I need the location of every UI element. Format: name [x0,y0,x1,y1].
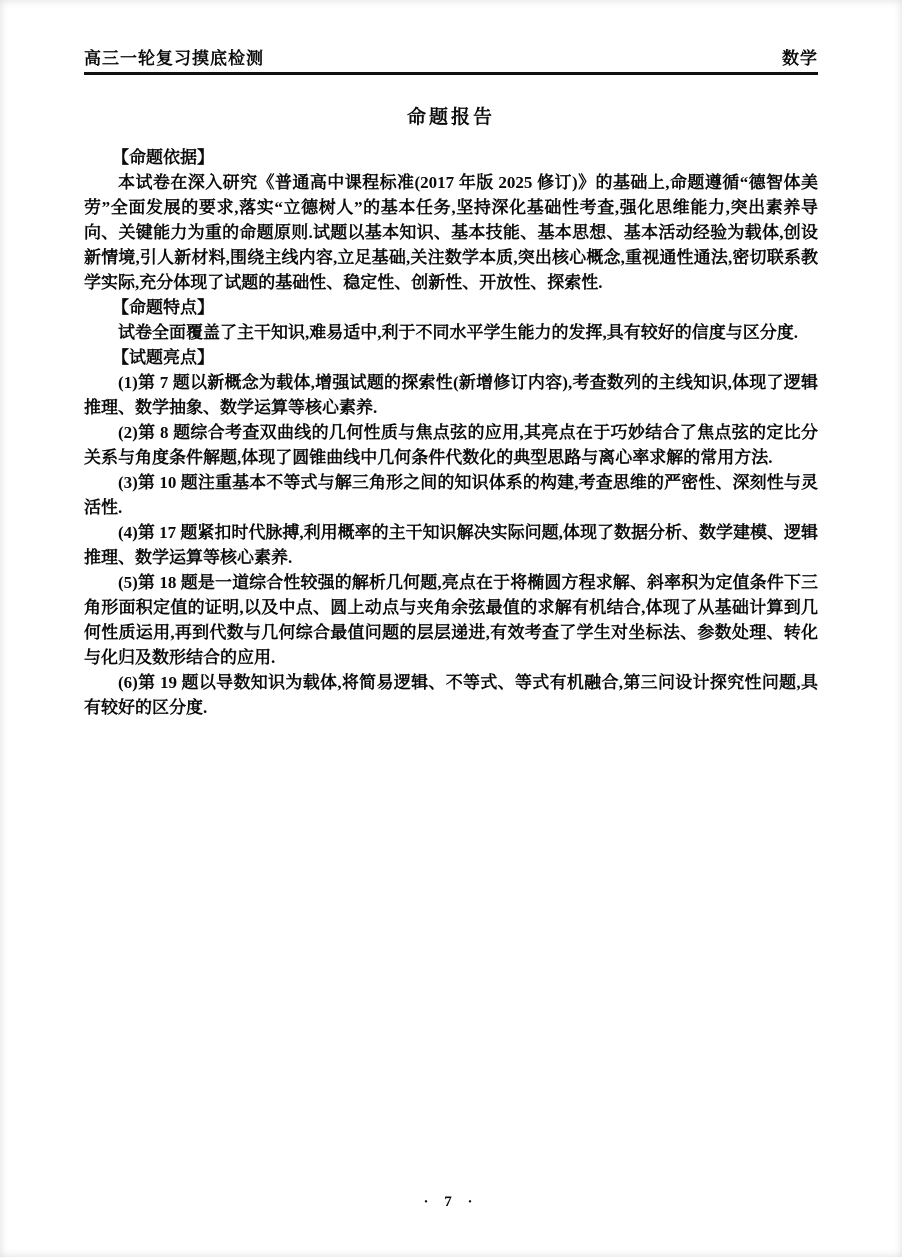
paragraph-highlight-6: (6)第 19 题以导数知识为载体,将简易逻辑、不等式、等式有机融合,第三问设计… [84,670,818,720]
document-page: 高三一轮复习摸底检测 数学 命题报告 【命题依据】 本试卷在深入研究《普通高中课… [0,0,902,1257]
section-heading-highlights: 【试题亮点】 [84,345,818,370]
paragraph-highlight-1: (1)第 7 题以新概念为载体,增强试题的探索性(新增修订内容),考查数列的主线… [84,370,818,420]
page-number: · 7 · [423,1194,478,1210]
page-header: 高三一轮复习摸底检测 数学 [84,0,818,75]
paragraph-highlight-5: (5)第 18 题是一道综合性较强的解析几何题,亮点在于将椭圆方程求解、斜率积为… [84,570,818,670]
section-proposition-features: 【命题特点】 试卷全面覆盖了主干知识,难易适中,利于不同水平学生能力的发挥,具有… [84,295,818,345]
section-question-highlights: 【试题亮点】 (1)第 7 题以新概念为载体,增强试题的探索性(新增修订内容),… [84,345,818,720]
paragraph-highlight-4: (4)第 17 题紧扣时代脉搏,利用概率的主干知识解决实际问题,体现了数据分析、… [84,520,818,570]
section-heading-basis: 【命题依据】 [84,145,818,170]
document-content: 【命题依据】 本试卷在深入研究《普通高中课程标准(2017 年版 2025 修订… [84,145,818,720]
section-heading-features: 【命题特点】 [84,295,818,320]
page-footer: · 7 · [0,1194,902,1211]
section-proposition-basis: 【命题依据】 本试卷在深入研究《普通高中课程标准(2017 年版 2025 修订… [84,145,818,295]
paragraph-features-1: 试卷全面覆盖了主干知识,难易适中,利于不同水平学生能力的发挥,具有较好的信度与区… [84,320,818,345]
paragraph-highlight-2: (2)第 8 题综合考查双曲线的几何性质与焦点弦的应用,其亮点在于巧妙结合了焦点… [84,420,818,470]
document-title: 命题报告 [84,105,818,131]
header-right-subject: 数学 [782,44,818,69]
paragraph-basis-1: 本试卷在深入研究《普通高中课程标准(2017 年版 2025 修订)》的基础上,… [84,170,818,295]
paragraph-highlight-3: (3)第 10 题注重基本不等式与解三角形之间的知识体系的构建,考查思维的严密性… [84,470,818,520]
header-left-title: 高三一轮复习摸底检测 [84,44,264,69]
